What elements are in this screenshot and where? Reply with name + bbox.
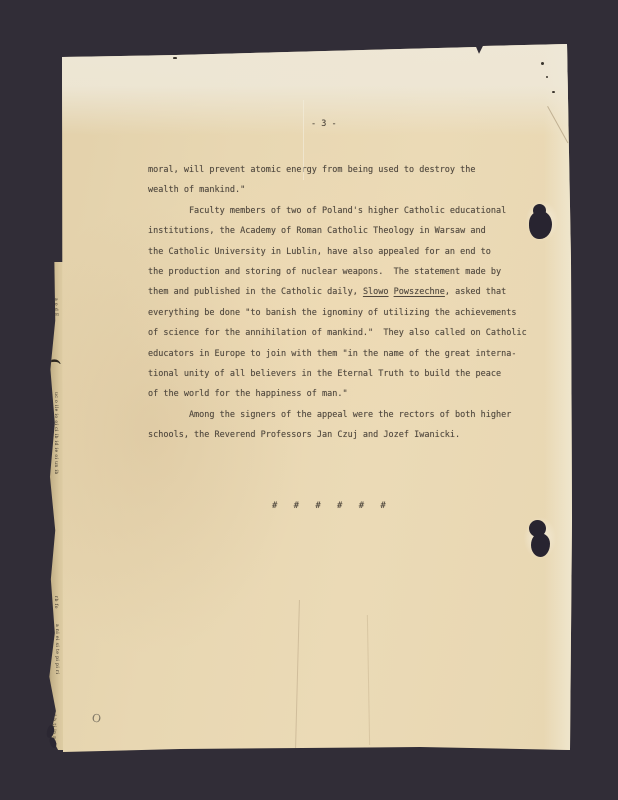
text-segment: educators in Europe to join with them "i… xyxy=(148,349,516,359)
paper-speck xyxy=(541,62,544,65)
text-segment: everything be done "to banish the ignomi… xyxy=(148,308,516,318)
edge-text-fragment: uc o ile io oi ci ib id ie oi un ib xyxy=(53,392,58,475)
text-segment: them and published in the Catholic daily… xyxy=(148,287,363,297)
text-line: institutions, the Academy of Roman Catho… xyxy=(148,221,527,241)
text-segment: tional unity of all believers in the Ete… xyxy=(148,369,501,379)
document-body: moral, will prevent atomic energy from b… xyxy=(148,160,527,445)
edge-text-fragment: a ni ei si te pi pi ri xyxy=(54,624,59,674)
text-segment: schools, the Reverend Professors Jan Czu… xyxy=(148,430,460,440)
crease-line xyxy=(367,615,370,745)
page-number: - 3 - xyxy=(311,119,337,129)
text-segment: of science for the annihilation of manki… xyxy=(148,328,527,338)
paper-speck xyxy=(173,57,177,59)
text-segment: the production and storing of nuclear we… xyxy=(148,267,501,277)
edge-text-fragment: ( xyxy=(51,358,56,365)
text-line: Among the signers of the appeal were the… xyxy=(148,405,527,425)
text-line: of science for the annihilation of manki… xyxy=(148,323,527,343)
text-segment: of the world for the happiness of man." xyxy=(148,389,348,399)
pencil-mark-o: O xyxy=(91,711,102,725)
edge-text-fragment: rb fo xyxy=(53,596,58,609)
edge-text-fragment: a o d E xyxy=(53,298,58,317)
text-line: the production and storing of nuclear we… xyxy=(148,262,527,282)
crease-line xyxy=(547,106,568,143)
text-segment: the Catholic University in Lublin, have … xyxy=(148,247,491,257)
text-segment: Among the signers of the appeal were the… xyxy=(148,410,511,420)
text-segment: Faculty members of two of Poland's highe… xyxy=(148,206,506,216)
text-line: wealth of mankind." xyxy=(148,180,527,200)
text-segment: wealth of mankind." xyxy=(148,185,245,195)
underlined-title: Powszechne xyxy=(394,287,445,297)
text-line: educators in Europe to join with them "i… xyxy=(148,344,527,364)
underlined-title: Slowo xyxy=(363,287,389,297)
crease-line xyxy=(303,100,304,180)
text-line: everything be done "to banish the ignomi… xyxy=(148,303,527,323)
text-line: them and published in the Catholic daily… xyxy=(148,282,527,302)
document-page: - 3 - moral, will prevent atomic energy … xyxy=(0,0,618,800)
text-segment: moral, will prevent atomic energy from b… xyxy=(148,165,476,175)
text-line: Faculty members of two of Poland's highe… xyxy=(148,201,527,221)
text-line: schools, the Reverend Professors Jan Czu… xyxy=(148,425,527,445)
photo-backdrop: a o d E ( uc o ile io oi ci ib id ie oi … xyxy=(0,0,618,800)
text-segment: institutions, the Academy of Roman Catho… xyxy=(148,226,486,236)
paper-speck xyxy=(546,76,548,78)
crease-line xyxy=(295,600,300,748)
text-segment: , asked that xyxy=(445,287,506,297)
text-line: moral, will prevent atomic energy from b… xyxy=(148,160,527,180)
paper-speck xyxy=(552,91,555,93)
text-line: tional unity of all believers in the Ete… xyxy=(148,364,527,384)
text-line: of the world for the happiness of man." xyxy=(148,384,527,404)
end-of-text-marks: # # # # # # xyxy=(272,501,386,511)
text-line: the Catholic University in Lublin, have … xyxy=(148,242,527,262)
